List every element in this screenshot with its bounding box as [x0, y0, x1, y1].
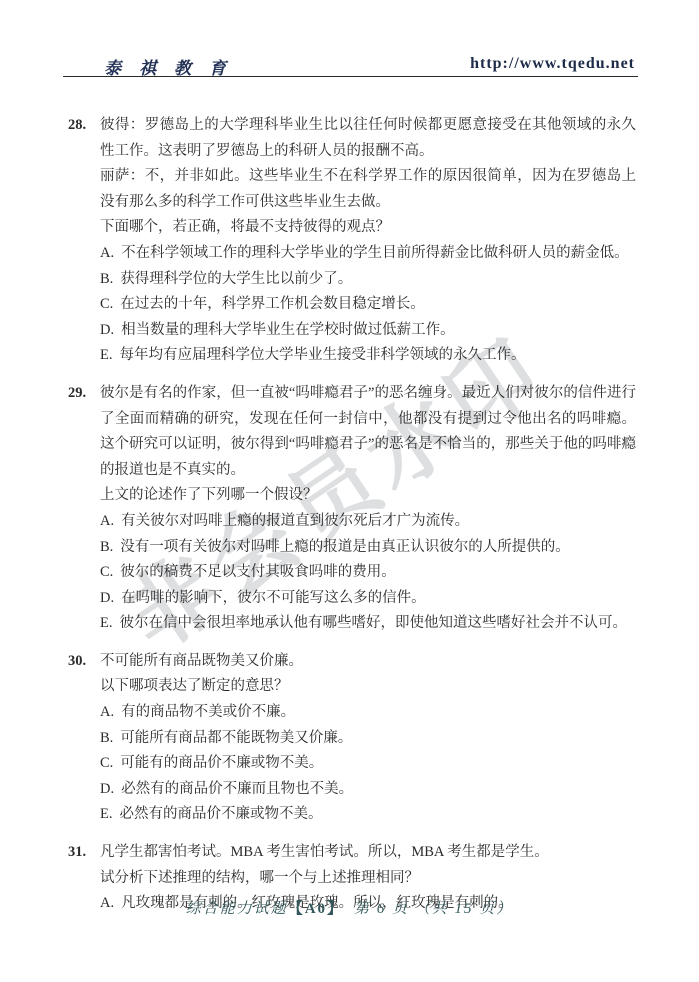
option-c: C.可能有的商品价不廉或物不美。 [100, 751, 636, 777]
question-body: 彼得：罗德岛上的大学理科毕业生比以往任何时候都更愿意接受在其他领域的永久性工作。… [100, 113, 636, 369]
option-e: E.必然有的商品价不廉或物不美。 [100, 802, 636, 828]
option-letter: E. [100, 343, 112, 369]
footer-doc-code: 【A0】 [288, 901, 344, 917]
option-letter: D. [100, 318, 114, 344]
question-stem: 凡学生都害怕考试。MBA 考生害怕考试。所以，MBA 考生都是学生。 [100, 840, 636, 866]
question-29: 29. 彼尔是有名的作家，但一直被“吗啡瘾君子”的恶名缠身。最近人们对彼尔的信件… [68, 381, 636, 637]
option-text: 每年均有应届理科学位大学毕业生接受非科学领域的永久工作。 [119, 343, 636, 369]
question-prompt: 上文的论述作了下列哪一个假设？ [100, 483, 636, 509]
option-letter: B. [100, 535, 113, 561]
page-footer: 综合能力试题【A0】第 6 页 （共 15 页） [0, 897, 699, 918]
question-number: 30. [68, 649, 100, 828]
option-b: B.获得理科学位的大学生比以前少了。 [100, 267, 636, 293]
option-text: 相当数量的理科大学毕业生在学校时做过低薪工作。 [121, 318, 636, 344]
question-body: 不可能所有商品既物美又价廉。 以下哪项表达了断定的意思？ A.有的商品物不美或价… [100, 649, 636, 828]
question-stem: 彼尔是有名的作家，但一直被“吗啡瘾君子”的恶名缠身。最近人们对彼尔的信件进行了全… [100, 381, 636, 483]
question-28: 28. 彼得：罗德岛上的大学理科毕业生比以往任何时候都更愿意接受在其他领域的永久… [68, 113, 636, 369]
option-d: D.必然有的商品价不廉而且物也不美。 [100, 777, 636, 803]
option-text: 有关彼尔对吗啡上瘾的报道直到彼尔死后才广为流传。 [121, 509, 636, 535]
option-letter: B. [100, 726, 113, 752]
option-letter: B. [100, 267, 113, 293]
option-letter: D. [100, 586, 114, 612]
option-e: E.彼尔在信中会很坦率地承认他有哪些嗜好，即使他知道这些嗜好社会并不认可。 [100, 611, 636, 637]
option-text: 彼尔的稿费不足以支付其吸食吗啡的费用。 [120, 560, 636, 586]
footer-page-info: 第 6 页 （共 15 页） [354, 901, 513, 917]
page-header: 泰祺教育 http://www.tqedu.net [68, 50, 637, 78]
option-c: C.在过去的十年，科学界工作机会数目稳定增长。 [100, 292, 636, 318]
question-prompt: 下面哪个，若正确，将最不支持彼得的观点？ [100, 215, 636, 241]
question-number: 29. [68, 381, 100, 637]
question-prompt: 试分析下述推理的结构，哪一个与上述推理相同？ [100, 866, 636, 892]
option-d: D.在吗啡的影响下，彼尔不可能写这么多的信件。 [100, 586, 636, 612]
option-letter: E. [100, 611, 112, 637]
option-letter: C. [100, 751, 113, 777]
question-stem: 彼得：罗德岛上的大学理科毕业生比以往任何时候都更愿意接受在其他领域的永久性工作。… [100, 113, 636, 164]
option-b: B.可能所有商品都不能既物美又价廉。 [100, 726, 636, 752]
option-letter: D. [100, 777, 114, 803]
option-text: 必然有的商品价不廉或物不美。 [119, 802, 636, 828]
option-letter: A. [100, 700, 114, 726]
option-letter: A. [100, 509, 114, 535]
question-number: 28. [68, 113, 100, 369]
header-divider [63, 76, 638, 77]
question-stem: 不可能所有商品既物美又价廉。 [100, 649, 636, 675]
option-d: D.相当数量的理科大学毕业生在学校时做过低薪工作。 [100, 318, 636, 344]
option-text: 可能所有商品都不能既物美又价廉。 [120, 726, 636, 752]
document-page: 泰祺教育 http://www.tqedu.net 非会员水印 28. 彼得：罗… [0, 0, 699, 982]
footer-doc-title: 综合能力试题 [186, 901, 288, 917]
option-text: 必然有的商品价不廉而且物也不美。 [121, 777, 636, 803]
option-text: 不在科学领域工作的理科大学毕业的学生目前所得薪金比做科研人员的薪金低。 [121, 241, 636, 267]
option-e: E.每年均有应届理科学位大学毕业生接受非科学领域的永久工作。 [100, 343, 636, 369]
option-a: A.不在科学领域工作的理科大学毕业的学生目前所得薪金比做科研人员的薪金低。 [100, 241, 636, 267]
question-list: 28. 彼得：罗德岛上的大学理科毕业生比以往任何时候都更愿意接受在其他领域的永久… [68, 113, 636, 917]
question-body: 彼尔是有名的作家，但一直被“吗啡瘾君子”的恶名缠身。最近人们对彼尔的信件进行了全… [100, 381, 636, 637]
question-stem: 丽萨：不，并非如此。这些毕业生不在科学界工作的原因很简单，因为在罗德岛上没有那么… [100, 164, 636, 215]
option-text: 可能有的商品价不廉或物不美。 [120, 751, 636, 777]
header-url: http://www.tqedu.net [470, 55, 635, 73]
option-a: A.有的商品物不美或价不廉。 [100, 700, 636, 726]
option-c: C.彼尔的稿费不足以支付其吸食吗啡的费用。 [100, 560, 636, 586]
question-prompt: 以下哪项表达了断定的意思？ [100, 674, 636, 700]
question-30: 30. 不可能所有商品既物美又价廉。 以下哪项表达了断定的意思？ A.有的商品物… [68, 649, 636, 828]
option-text: 有的商品物不美或价不廉。 [121, 700, 636, 726]
option-b: B.没有一项有关彼尔对吗啡上瘾的报道是由真正认识彼尔的人所提供的。 [100, 535, 636, 561]
option-letter: C. [100, 292, 113, 318]
option-text: 彼尔在信中会很坦率地承认他有哪些嗜好，即使他知道这些嗜好社会并不认可。 [119, 611, 636, 637]
option-text: 获得理科学位的大学生比以前少了。 [120, 267, 636, 293]
option-letter: E. [100, 802, 112, 828]
option-letter: A. [100, 241, 114, 267]
option-text: 在吗啡的影响下，彼尔不可能写这么多的信件。 [121, 586, 636, 612]
option-text: 在过去的十年，科学界工作机会数目稳定增长。 [120, 292, 636, 318]
option-text: 没有一项有关彼尔对吗啡上瘾的报道是由真正认识彼尔的人所提供的。 [120, 535, 636, 561]
option-a: A.有关彼尔对吗啡上瘾的报道直到彼尔死后才广为流传。 [100, 509, 636, 535]
option-letter: C. [100, 560, 113, 586]
